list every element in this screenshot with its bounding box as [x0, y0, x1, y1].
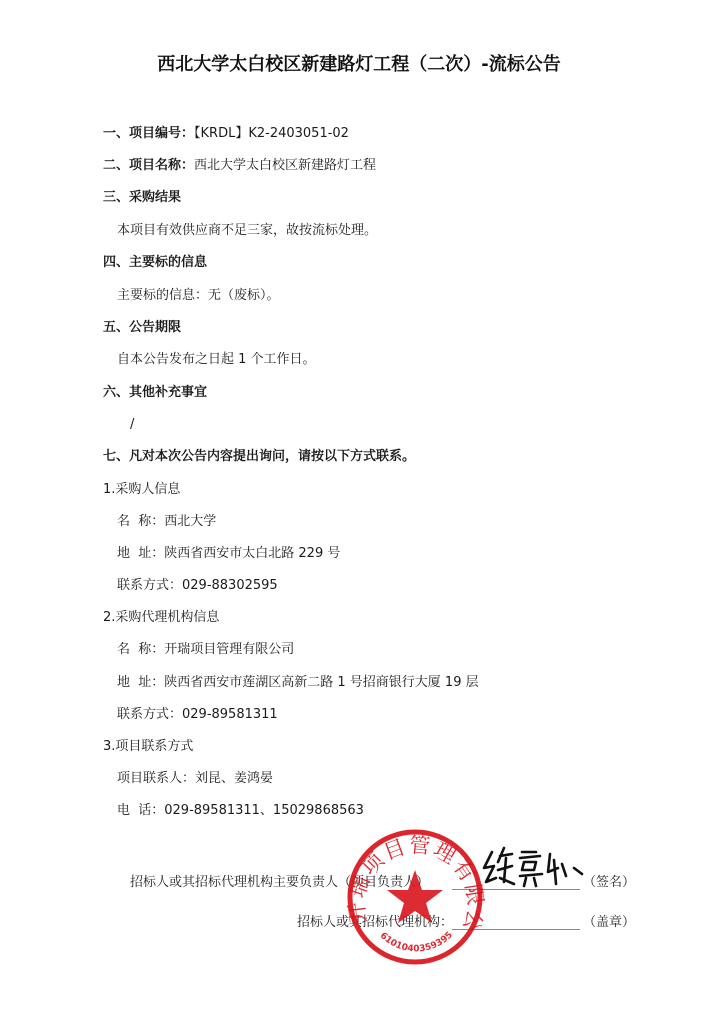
- handwritten-signature-icon: [478, 842, 588, 892]
- seal-suffix: （盖章）: [583, 914, 635, 932]
- sign-underline: [452, 889, 580, 890]
- main-subject-text: 主要标的信息：无（废标）。: [117, 287, 280, 305]
- project-contact-phone: 电 话：029-89581311、15029868563: [117, 802, 364, 820]
- project-contact-heading: 3.项目联系方式: [103, 738, 193, 756]
- purchaser-address: 地 址：陕西省西安市太白北路 229 号: [117, 545, 340, 563]
- sign-suffix: （签名）: [583, 874, 635, 892]
- seal-underline: [452, 929, 580, 930]
- procurement-result-text: 本项目有效供应商不足三家，故按流标处理。: [117, 222, 377, 240]
- agency-phone: 联系方式：029-89581311: [117, 706, 278, 724]
- project-number-row: 一、项目编号：【KRDL】K2-2403051-02: [103, 125, 349, 143]
- agency-address: 地 址：陕西省西安市莲湖区高新二路 1 号招商银行大厦 19 层: [117, 674, 479, 692]
- notice-period-text: 自本公告发布之日起 1 个工作日。: [117, 351, 316, 369]
- project-number-value: 【KRDL】K2-2403051-02: [194, 126, 349, 141]
- project-number-label: 一、项目编号：: [103, 126, 194, 141]
- main-subject-heading: 四、主要标的信息: [103, 254, 207, 272]
- procurement-result-heading: 三、采购结果: [103, 189, 181, 207]
- other-matters-heading: 六、其他补充事宜: [103, 384, 207, 402]
- project-name-label: 二、项目名称：: [103, 158, 194, 173]
- purchaser-heading: 1.采购人信息: [103, 481, 180, 499]
- company-seal-stamp-icon: 开瑞项目管理有限公司 6101040359395: [345, 822, 485, 972]
- agency-heading: 2.采购代理机构信息: [103, 609, 219, 627]
- svg-text:6101040359395: 6101040359395: [378, 930, 455, 954]
- sign-label: 招标人或其招标代理机构主要负责人（项目负责人）: [130, 874, 429, 892]
- project-contact-person: 项目联系人：刘昆、姜鸿晏: [117, 770, 273, 788]
- project-name-value: 西北大学太白校区新建路灯工程: [194, 158, 376, 173]
- project-name-row: 二、项目名称：西北大学太白校区新建路灯工程: [103, 157, 376, 175]
- agency-name: 名 称：开瑞项目管理有限公司: [117, 641, 294, 659]
- page-title: 西北大学太白校区新建路灯工程（二次）-流标公告: [0, 50, 718, 76]
- stamp-code-text: 6101040359395: [378, 930, 455, 954]
- other-matters-text: /: [130, 416, 134, 434]
- contact-heading: 七、凡对本次公告内容提出询问，请按以下方式联系。: [103, 448, 415, 466]
- purchaser-phone: 联系方式：029-88302595: [117, 577, 278, 595]
- purchaser-name: 名 称：西北大学: [117, 513, 216, 531]
- seal-label: 招标人或其招标代理机构：: [297, 914, 453, 932]
- notice-period-heading: 五、公告期限: [103, 319, 181, 337]
